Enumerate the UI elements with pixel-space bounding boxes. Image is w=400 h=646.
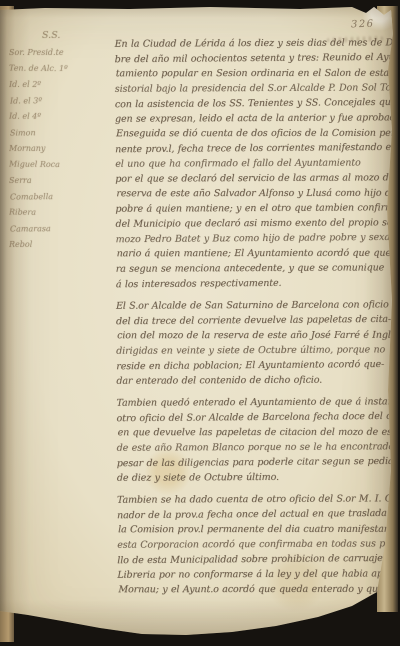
photo-vignette <box>0 0 400 646</box>
photo-backdrop: 326 S.S. Sor. Presid.teTen. de Alc. 1ºId… <box>0 0 400 646</box>
manuscript-page: 326 S.S. Sor. Presid.teTen. de Alc. 1ºId… <box>0 0 400 646</box>
